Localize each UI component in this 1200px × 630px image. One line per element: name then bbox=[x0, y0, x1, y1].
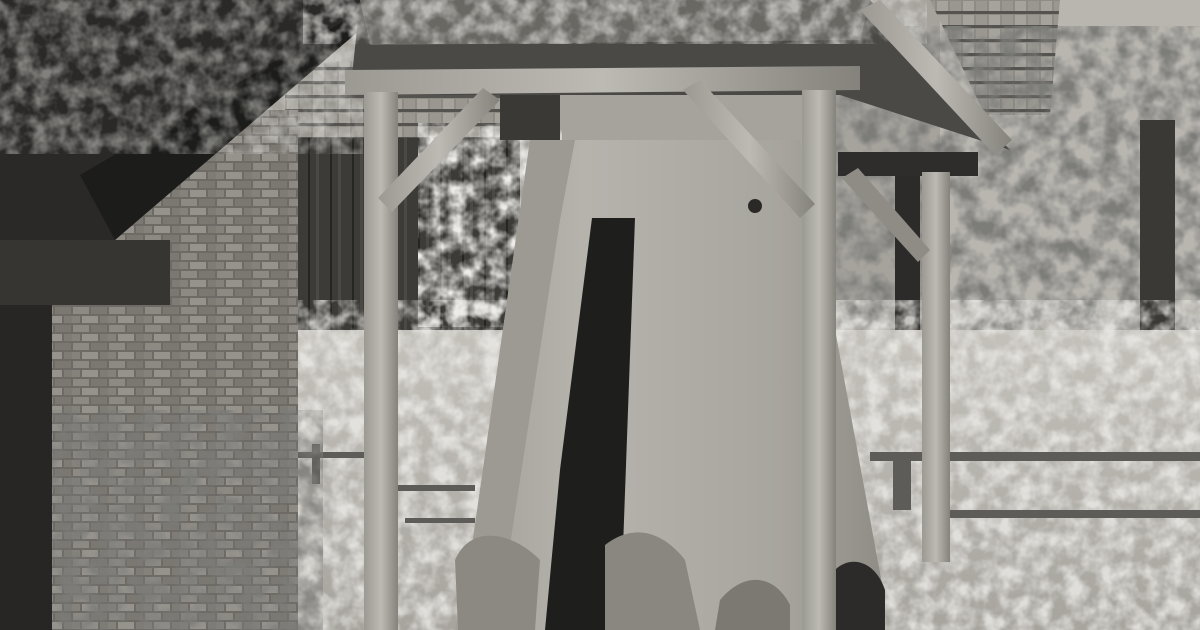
photograph: Vintage monochrome photo of a tapered wh… bbox=[0, 0, 1200, 630]
photo-scene bbox=[0, 0, 1200, 630]
